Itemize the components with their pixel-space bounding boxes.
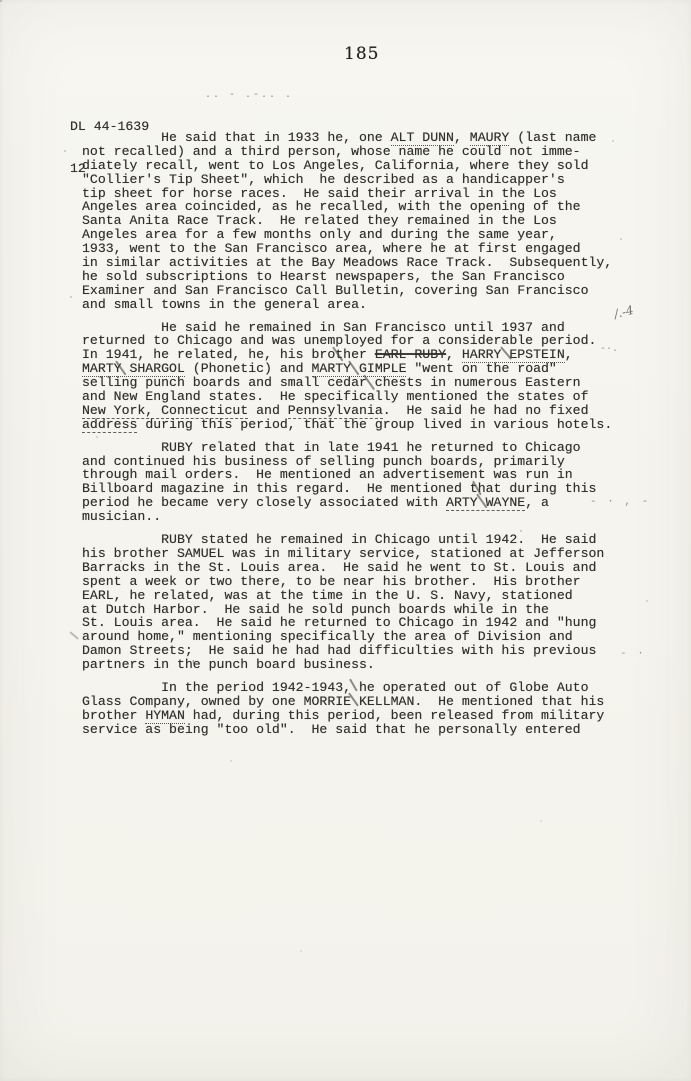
text-segment: period he became very closely associated… bbox=[82, 495, 446, 510]
text-line: Barracks in the St. Louis area. He said … bbox=[82, 561, 642, 575]
text-segment: his brother SAMUEL was in military servi… bbox=[82, 546, 604, 561]
text-segment: , bbox=[454, 130, 470, 145]
text-segment: Barracks in the St. Louis area. He said … bbox=[82, 560, 596, 575]
paragraph: RUBY stated he remained in Chicago until… bbox=[82, 533, 642, 672]
text-line: "Collier's Tip Sheet", which he describe… bbox=[82, 173, 642, 187]
stray-mark: ' bbox=[190, 660, 197, 672]
text-segment: Santa Anita Race Track. He related they … bbox=[82, 213, 557, 228]
text-segment: In the period 1942-1943, he operated out… bbox=[82, 680, 588, 695]
text-segment: EARL, he related, was at the time in the… bbox=[82, 588, 573, 603]
paragraph: In the period 1942-1943, he operated out… bbox=[82, 681, 642, 737]
document-body: He said that in 1933 he, one ALT DUNN, M… bbox=[82, 131, 642, 737]
text-line: Billboard magazine in this regard. He me… bbox=[82, 482, 642, 496]
text-line: partners in the punch board business. bbox=[82, 658, 642, 672]
text-segment: brother bbox=[82, 708, 145, 723]
scanned-document-page: 185 DL 44-1639 12 .. - .-.. . He said th… bbox=[0, 0, 691, 1081]
text-segment: Angeles area for a few months only and d… bbox=[82, 227, 557, 242]
text-segment: and small towns in the general area. bbox=[82, 297, 367, 312]
text-segment: returned to Chicago and was unemployed f… bbox=[82, 333, 596, 348]
text-segment: Billboard magazine in this regard. He me… bbox=[82, 481, 596, 496]
text-line: returned to Chicago and was unemployed f… bbox=[82, 334, 642, 348]
handwritten-margin-note: -·. bbox=[600, 344, 618, 355]
text-line: 1933, went to the San Francisco area, wh… bbox=[82, 242, 642, 256]
text-segment: "Collier's Tip Sheet", which he describe… bbox=[82, 172, 565, 187]
text-segment: In 1941, he related, he, his brother bbox=[82, 347, 375, 362]
text-segment: 1933, went to the San Francisco area, wh… bbox=[82, 241, 581, 256]
text-segment: Examiner and San Francisco Call Bulletin… bbox=[82, 283, 588, 298]
text-line: diately recall, went to Los Angeles, Cal… bbox=[82, 159, 642, 173]
text-segment: partners in the punch board business. bbox=[82, 657, 375, 672]
text-line: at Dutch Harbor. He said he sold punch b… bbox=[82, 603, 642, 617]
page-number: 185 bbox=[344, 44, 379, 64]
text-segment: around home," mentioning specifically th… bbox=[82, 629, 573, 644]
scan-noise-specks bbox=[0, 0, 2, 2]
text-line: and New England states. He specifically … bbox=[82, 390, 642, 404]
text-line: musician.. bbox=[82, 510, 642, 524]
text-line: Angeles area coincided, as he recalled, … bbox=[82, 200, 642, 214]
marked-name-text: ARTY WAYNE bbox=[446, 495, 525, 511]
text-segment: . He said he had no fixed bbox=[383, 403, 589, 418]
text-segment: not recalled) and a third person, whose … bbox=[82, 144, 581, 159]
text-segment: Damon Streets; He said he had had diffic… bbox=[82, 643, 596, 658]
text-segment: St. Louis area. He said he returned to C… bbox=[82, 615, 596, 630]
text-line: New York, Connecticut and Pennsylvania. … bbox=[82, 404, 642, 418]
text-segment: service as being "too old". He said that… bbox=[82, 722, 581, 737]
text-line: address during this period, that the gro… bbox=[82, 418, 642, 432]
text-line: Glass Company, owned by one MORRIE KELLM… bbox=[82, 695, 642, 709]
text-segment: had, during this period, been released f… bbox=[185, 708, 604, 723]
text-line: Angeles area for a few months only and d… bbox=[82, 228, 642, 242]
text-line: He said that in 1933 he, one ALT DUNN, M… bbox=[82, 131, 642, 145]
text-segment: "went on the road" bbox=[406, 361, 556, 376]
text-segment: he sold subscriptions to Hearst newspape… bbox=[82, 269, 565, 284]
text-segment: and continued his business of selling pu… bbox=[82, 454, 565, 469]
text-line: tip sheet for horse races. He said their… bbox=[82, 187, 642, 201]
text-line: Examiner and San Francisco Call Bulletin… bbox=[82, 284, 642, 298]
marked-name-text: address bbox=[82, 417, 137, 433]
text-line: period he became very closely associated… bbox=[82, 496, 642, 510]
text-segment: (Phonetic) and bbox=[185, 361, 312, 376]
pencil-slash-mark bbox=[69, 631, 79, 639]
typed-dots-artifact: .. - .-.. . bbox=[205, 90, 293, 101]
text-line: and small towns in the general area. bbox=[82, 298, 642, 312]
paragraph: RUBY related that in late 1941 he return… bbox=[82, 441, 642, 524]
text-segment: He said he remained in San Francisco unt… bbox=[82, 320, 565, 335]
text-segment: and New England states. He specifically … bbox=[82, 389, 588, 404]
text-line: spent a week or two there, to be near hi… bbox=[82, 575, 642, 589]
text-line: In 1941, he related, he, his brother EAR… bbox=[82, 348, 642, 362]
text-line: service as being "too old". He said that… bbox=[82, 723, 642, 737]
text-segment: tip sheet for horse races. He said their… bbox=[82, 186, 557, 201]
text-segment: , a bbox=[525, 495, 549, 510]
text-line: In the period 1942-1943, he operated out… bbox=[82, 681, 642, 695]
text-line: He said he remained in San Francisco unt… bbox=[82, 321, 642, 335]
text-line: brother HYMAN had, during this period, b… bbox=[82, 709, 642, 723]
text-line: St. Louis area. He said he returned to C… bbox=[82, 616, 642, 630]
text-segment: Glass Company, owned by one MORRIE KELLM… bbox=[82, 694, 604, 709]
text-segment: , bbox=[446, 347, 462, 362]
text-segment: at Dutch Harbor. He said he sold punch b… bbox=[82, 602, 549, 617]
handwritten-margin-note: - · bbox=[620, 648, 646, 660]
text-segment: Angeles area coincided, as he recalled, … bbox=[82, 199, 581, 214]
text-segment: spent a week or two there, to be near hi… bbox=[82, 574, 581, 589]
text-line: Damon Streets; He said he had had diffic… bbox=[82, 644, 642, 658]
text-segment: and bbox=[248, 403, 288, 418]
marked-name-text: EARL RUBY bbox=[375, 347, 446, 362]
text-line: selling punch boards and small cedar che… bbox=[82, 376, 642, 390]
text-segment: during this period, that the group lived… bbox=[137, 417, 612, 432]
paragraph: He said that in 1933 he, one ALT DUNN, M… bbox=[82, 131, 642, 312]
paragraph: He said he remained in San Francisco unt… bbox=[82, 321, 642, 432]
text-segment: , bbox=[565, 347, 573, 362]
text-line: and continued his business of selling pu… bbox=[82, 455, 642, 469]
text-line: he sold subscriptions to Hearst newspape… bbox=[82, 270, 642, 284]
text-line: MARTY SHARGOL (Phonetic) and MARTY GIMPL… bbox=[82, 362, 642, 376]
handwritten-margin-note: - · , - bbox=[590, 496, 650, 508]
text-line: through mail orders. He mentioned an adv… bbox=[82, 468, 642, 482]
text-segment: He said that in 1933 he, one bbox=[82, 130, 391, 145]
text-line: RUBY related that in late 1941 he return… bbox=[82, 441, 642, 455]
text-line: EARL, he related, was at the time in the… bbox=[82, 589, 642, 603]
text-segment: musician.. bbox=[82, 509, 161, 524]
text-line: RUBY stated he remained in Chicago until… bbox=[82, 533, 642, 547]
text-segment: diately recall, went to Los Angeles, Cal… bbox=[82, 158, 588, 173]
text-line: Santa Anita Race Track. He related they … bbox=[82, 214, 642, 228]
text-line: in similar activities at the Bay Meadows… bbox=[82, 256, 642, 270]
text-segment: in similar activities at the Bay Meadows… bbox=[82, 255, 612, 270]
text-segment: (last name bbox=[509, 130, 596, 145]
text-segment: RUBY stated he remained in Chicago until… bbox=[82, 532, 596, 547]
text-segment: selling punch boards and small cedar che… bbox=[82, 375, 581, 390]
text-line: around home," mentioning specifically th… bbox=[82, 630, 642, 644]
text-line: not recalled) and a third person, whose … bbox=[82, 145, 642, 159]
text-line: his brother SAMUEL was in military servi… bbox=[82, 547, 642, 561]
text-segment: RUBY related that in late 1941 he return… bbox=[82, 440, 581, 455]
text-segment: through mail orders. He mentioned an adv… bbox=[82, 467, 573, 482]
